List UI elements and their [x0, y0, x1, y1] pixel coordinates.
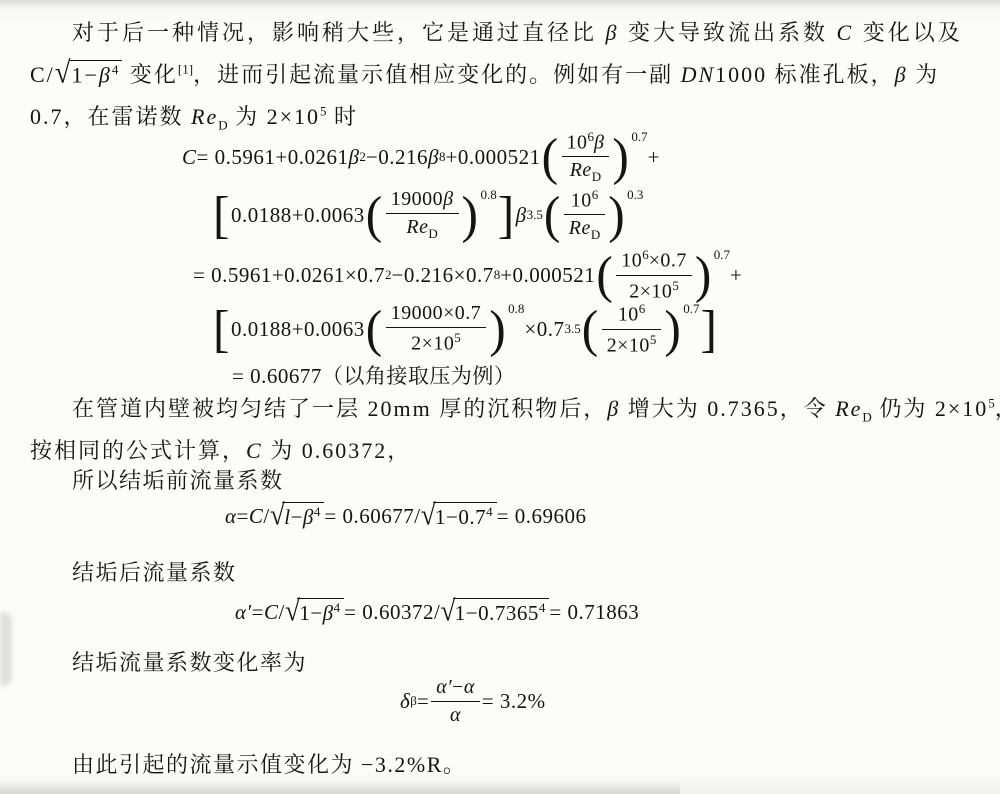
- label-rate-of-change: 结垢流量系数变化率为: [72, 646, 307, 677]
- paragraph1-line2: C/√1−β4 变化[1]，进而引起流量示值相应变化的。例如有一副 DN1000…: [30, 58, 939, 89]
- scan-artifact-left: [0, 612, 12, 686]
- paragraph2-line2: 按相同的公式计算，C 为 0.60372，: [30, 434, 411, 465]
- equation-alpha: α=C/ √l−β4 = 0.60677/ √1−0.74 = 0.69606: [225, 494, 586, 538]
- label-before-scaling: 所以结垢前流量系数: [72, 464, 284, 495]
- equation-C-substituted-line2: [0.0188+0.0063(19000×0.72×105)0.8 ×0.73.…: [212, 298, 718, 360]
- closing-sentence: 由此引起的流量示值变化为 −3.2%R。: [72, 748, 466, 779]
- scan-artifact-bottom: [0, 781, 680, 794]
- document-page: 对于后一种情况，影响稍大些，它是通过直径比 β 变大导致流出系数 C 变化以及 …: [0, 0, 1000, 794]
- equation-C-line2: [0.0188+0.0063(19000βReD)0.8]β3.5(106ReD…: [212, 184, 643, 246]
- equation-alpha-prime: α′ = C/ √1−β4 = 0.60372/ √1−0.73654 = 0.…: [235, 590, 639, 634]
- label-after-scaling: 结垢后流量系数: [72, 556, 237, 587]
- scan-artifact-top: [0, 0, 1000, 9]
- equation-C-result: = 0.60677（以角接取压为例）: [232, 356, 515, 394]
- paragraph2-line1: 在管道内壁被均匀结了一层 20mm 厚的沉积物后，β 增大为 0.7365，令 …: [72, 392, 1000, 425]
- equation-delta-beta: δβ = α′−αα = 3.2%: [400, 670, 546, 732]
- equation-C-line1: C = 0.5961+0.0261β2−0.216β8+0.000521(106…: [182, 126, 660, 188]
- paragraph1-line1: 对于后一种情况，影响稍大些，它是通过直径比 β 变大导致流出系数 C 变化以及: [72, 16, 963, 47]
- equation-C-substituted-line1: = 0.5961+0.0261×0.72−0.216×0.78+0.000521…: [193, 244, 742, 306]
